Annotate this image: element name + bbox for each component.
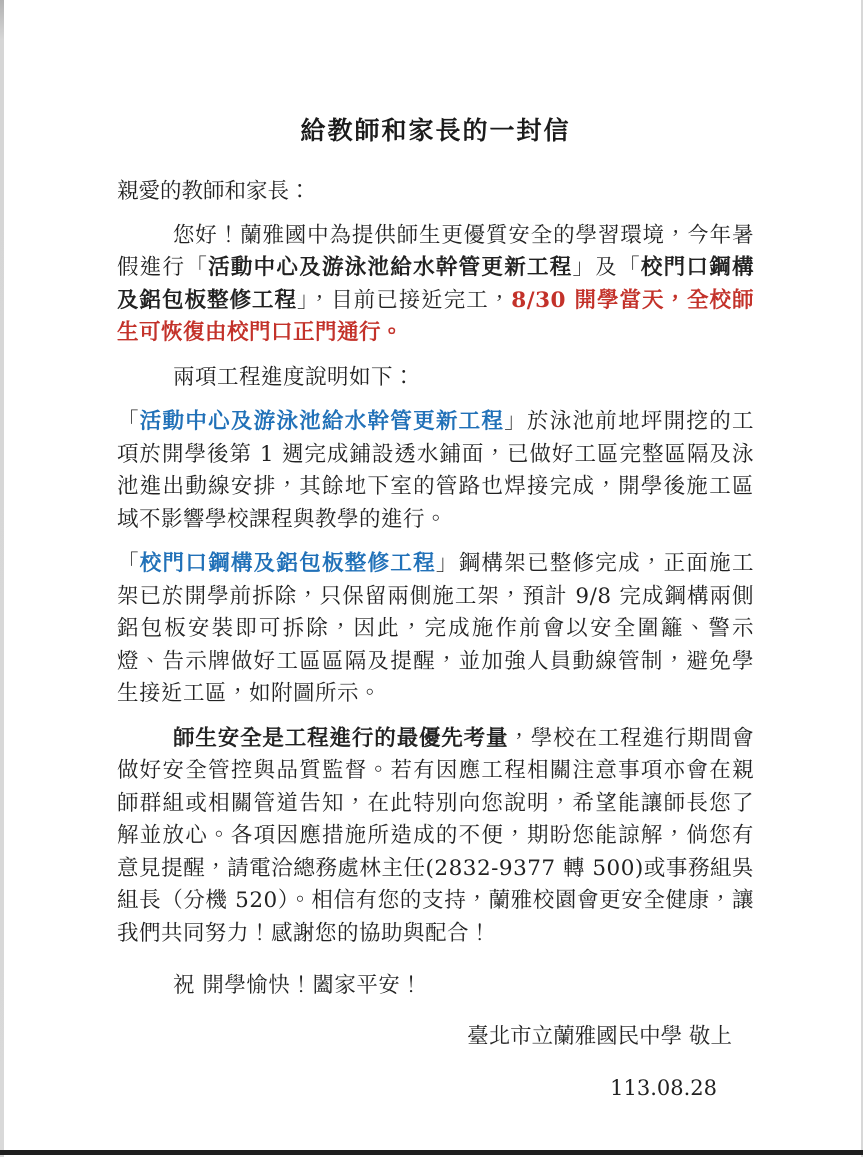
text-run: 」及「 <box>573 255 641 280</box>
salutation: 親愛的教師和家長： <box>117 176 754 209</box>
signature: 臺北市立蘭雅國民中學 敬上 <box>117 1021 732 1054</box>
text-run: 祝 開學愉快！闔家平安！ <box>173 973 422 998</box>
paragraph-pool-project: 「活動中心及游泳池給水幹管更新工程」於泳池前地坪開挖的工項於開學後第 1 週完成… <box>117 406 754 536</box>
text-run: 「 <box>117 551 140 576</box>
text-run: 活動中心及游泳池給水幹管更新工程 <box>140 409 504 434</box>
text-run: 」，目前已接近完工， <box>297 288 511 313</box>
letter-date: 113.08.28 <box>117 1074 717 1102</box>
paragraph-safety: 師生安全是工程進行的最優先考量，學校在工程進行期間會做好安全管控與品質監督。若有… <box>117 723 754 951</box>
scan-left-edge <box>0 0 4 1157</box>
text-run: 活動中心及游泳池給水幹管更新工程 <box>208 255 572 280</box>
closing-wish: 祝 開學愉快！闔家平安！ <box>117 970 754 1003</box>
text-run: ，學校在工程進行期間會做好安全管控與品質監督。若有因應工程相關注意事項亦會在親師… <box>117 726 754 946</box>
page-title: 給教師和家長的一封信 <box>117 116 754 146</box>
letter-page: 給教師和家長的一封信 親愛的教師和家長： 您好！蘭雅國中為提供師生更優質安全的學… <box>0 0 863 1157</box>
text-run: 「 <box>117 409 140 434</box>
text-run: 兩項工程進度說明如下： <box>173 365 415 390</box>
text-run: 校門口鋼構及鋁包板整修工程 <box>140 551 436 576</box>
paragraph-intro: 您好！蘭雅國中為提供師生更優質安全的學習環境，今年暑假進行「活動中心及游泳池給水… <box>117 220 754 350</box>
scan-bottom-bar <box>0 1150 863 1155</box>
paragraph-gate-project: 「校門口鋼構及鋁包板整修工程」鋼構架已整修完成，正面施工架已於開學前拆除，只保留… <box>117 548 754 711</box>
text-run: 師生安全是工程進行的最優先考量 <box>173 726 508 751</box>
paragraph-progress-heading: 兩項工程進度說明如下： <box>117 362 754 395</box>
letter-content: 給教師和家長的一封信 親愛的教師和家長： 您好！蘭雅國中為提供師生更優質安全的學… <box>117 0 754 1102</box>
